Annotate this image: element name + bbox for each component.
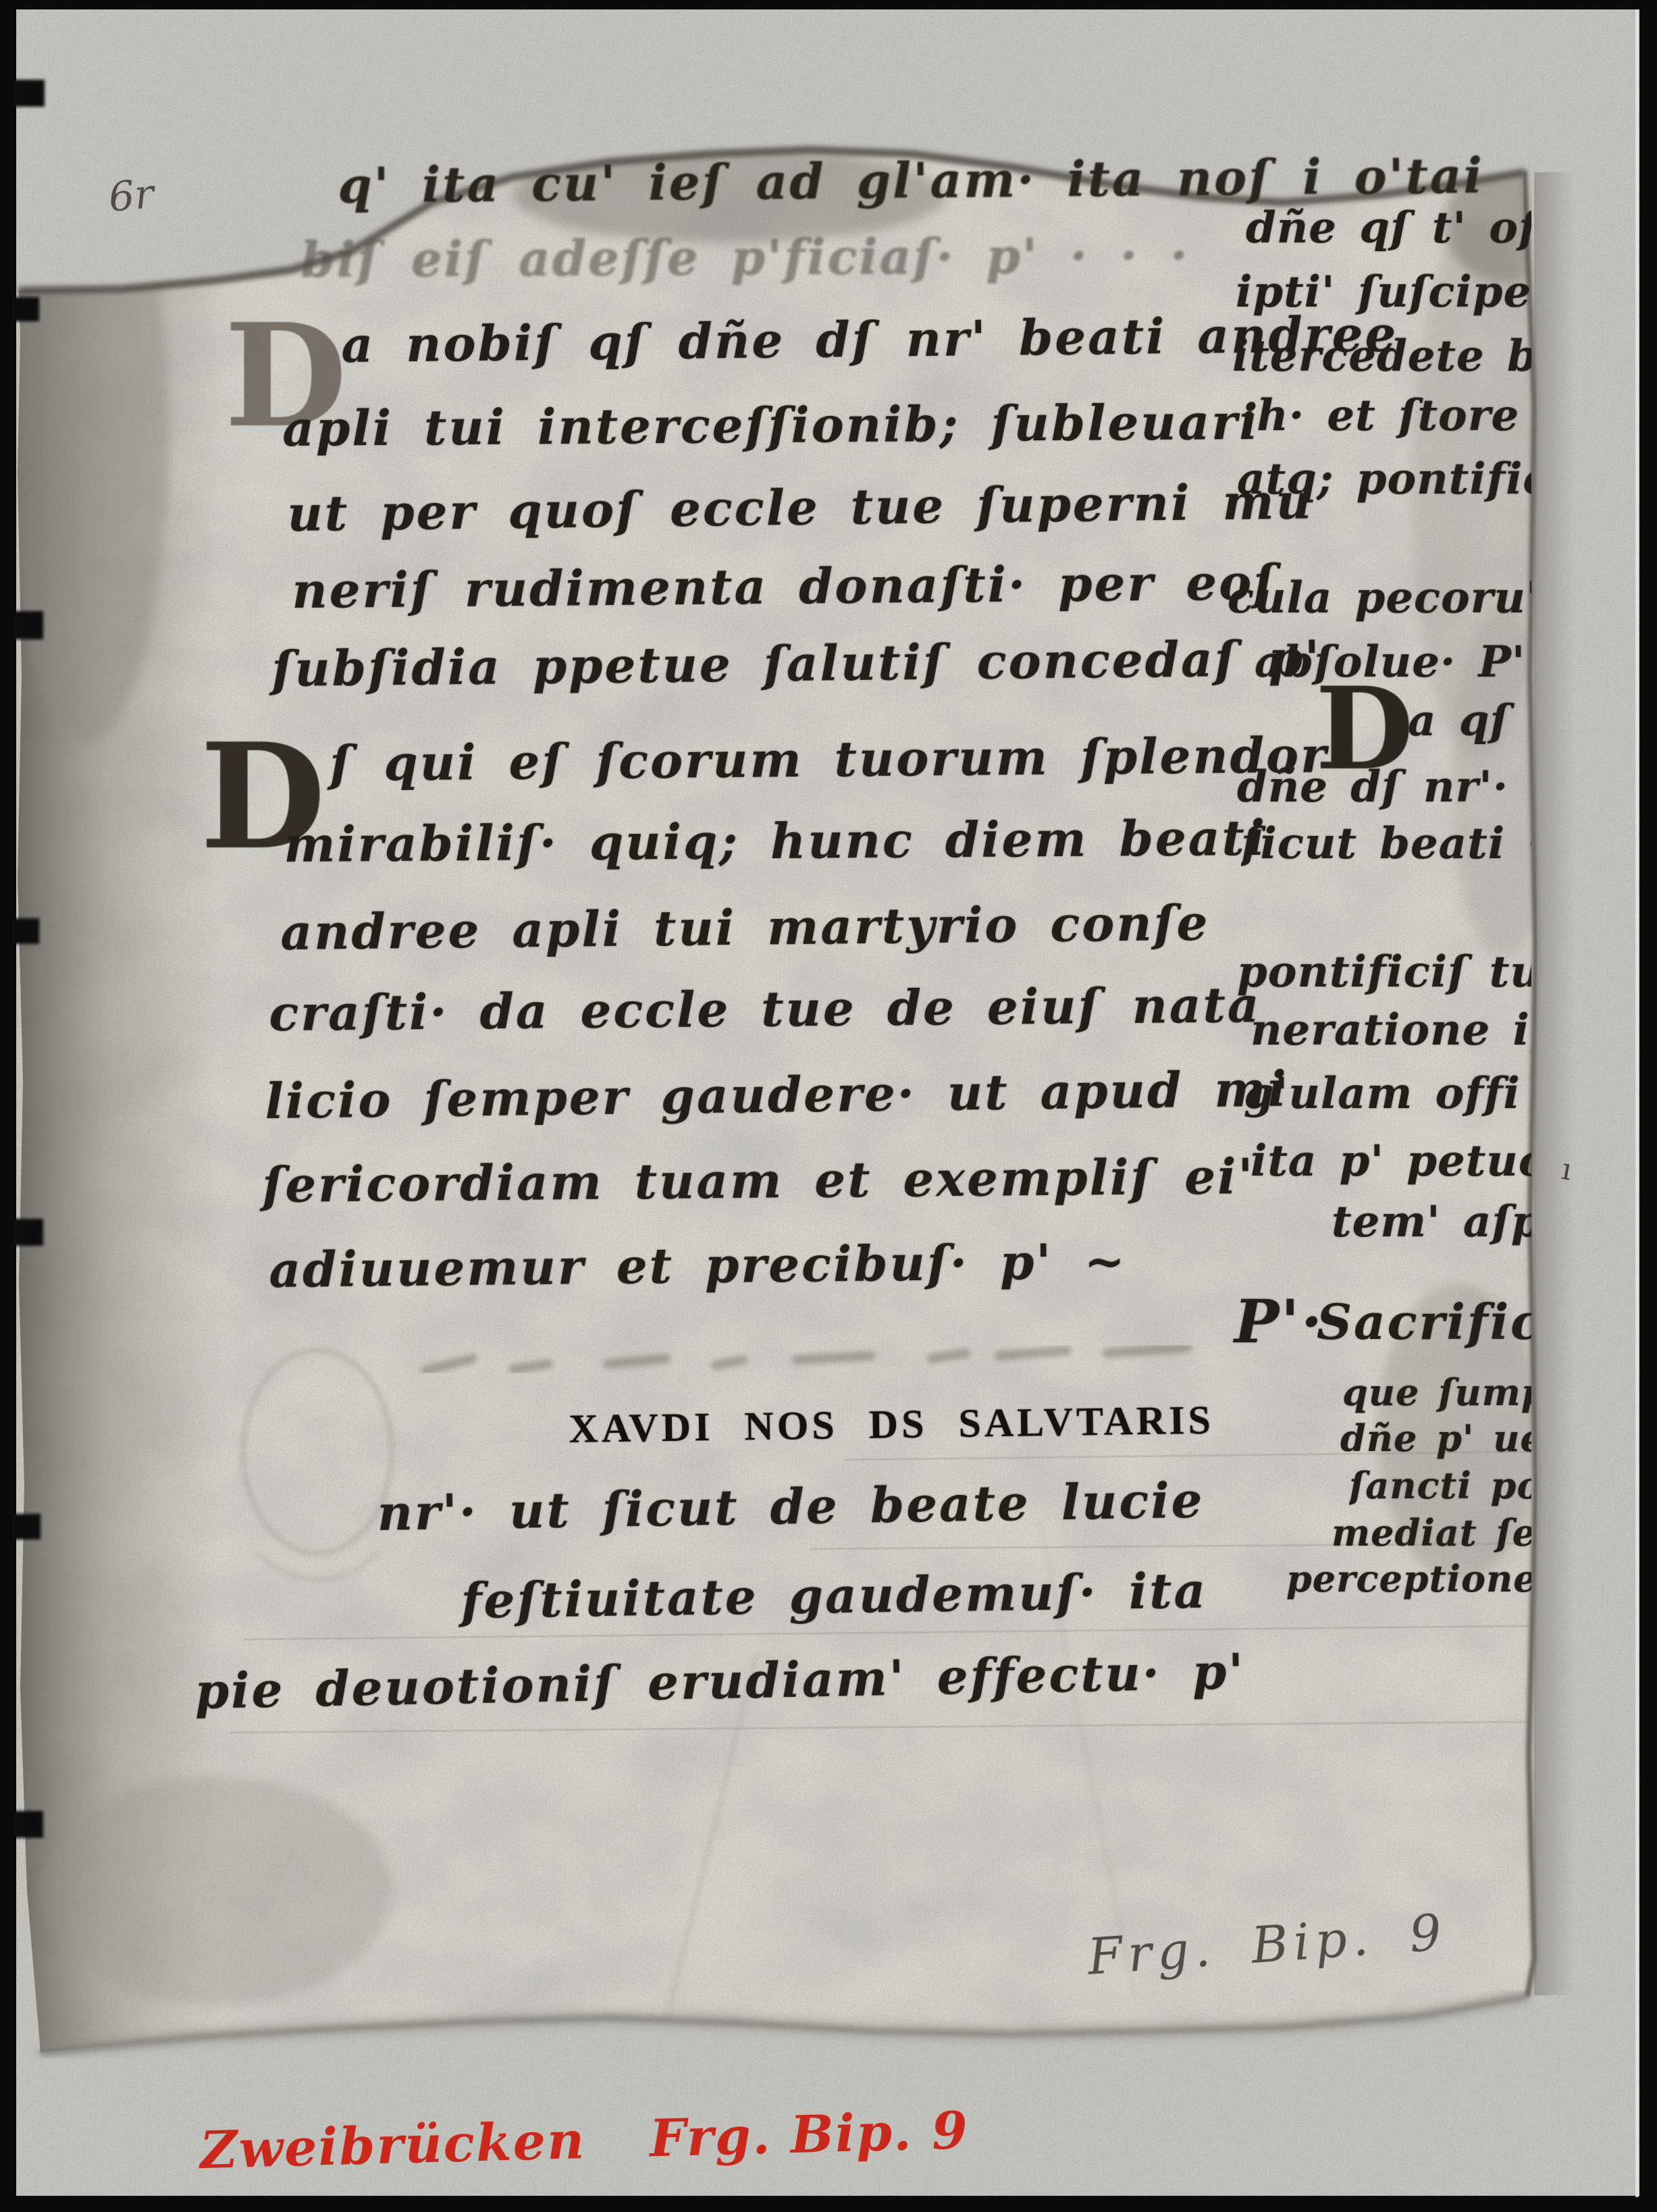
manuscript-line: ſubſidia ppetue ſalutiſ concedaſ p' bbox=[271, 629, 1321, 697]
manuscript-line: ſericordiam tuam et exempliſ ei' bbox=[262, 1147, 1255, 1213]
manuscript-line: licio ſemper gaudere· ut apud mi bbox=[265, 1059, 1288, 1130]
manuscript-line: biſ eiſ adeſſe p'ficiaſ· p' · · · bbox=[300, 226, 1189, 288]
margin-column-line: ſancti pontific bbox=[1349, 1464, 1531, 1507]
manuscript-line: mirabiliſ· quiq; hunc diem beati bbox=[284, 809, 1267, 873]
margin-column-line: ipti' ſuſcipe· e bbox=[1236, 267, 1531, 317]
manuscript-photograph: 6r q' ita cu' ieſ ad gl'am· ita noſ i o'… bbox=[0, 0, 1657, 2212]
manuscript-line: craſti· da eccle tue de eiuſ nata bbox=[269, 976, 1261, 1042]
red-label-location: Zweibrücken bbox=[199, 2110, 586, 2180]
margin-column-line: pontificiſ tui i bbox=[1237, 947, 1531, 997]
manuscript-line: feſtiuitate gaudemuſ· ita bbox=[461, 1562, 1208, 1629]
margin-column-line: ·h· et ſtore cui bbox=[1241, 390, 1531, 441]
margin-column-line: ita p' petuo b bbox=[1251, 1136, 1531, 1186]
margin-column-line: itercedete beat bbox=[1232, 331, 1531, 381]
margin-column-line: a qſ bbox=[1408, 695, 1531, 746]
display-capitals-line: XAVDI NOS DS SALVTARIS bbox=[569, 1397, 1214, 1452]
manuscript-line: adiuuemur et precibuſ· p' ~ bbox=[269, 1232, 1127, 1298]
postcommunio-mark: P'· bbox=[1234, 1286, 1324, 1357]
manuscript-line: nr'· ut ſicut de beate lucie bbox=[377, 1471, 1205, 1542]
margin-column-line: ſicut beati ·b bbox=[1241, 818, 1531, 869]
red-ink-label: ZweibrückenFrg. Bip. 9 bbox=[199, 2100, 970, 2180]
manuscript-line: andree apli tui martyrio conſe bbox=[280, 894, 1210, 961]
margin-column-line: dñe qſ t' offeri bbox=[1246, 203, 1531, 253]
manuscript-line: ut per quoſ eccle tue ſuperni mu bbox=[287, 472, 1313, 542]
margin-column-line: dñe dſ nr'· ut bbox=[1237, 762, 1531, 812]
manuscript-line: pie deuotioniſ erudiam' effectu· p' bbox=[194, 1642, 1246, 1720]
text-layer: 6r q' ita cu' ieſ ad gl'am· ita noſ i o'… bbox=[0, 0, 1657, 2212]
red-label-shelfmark: Frg. Bip. 9 bbox=[649, 2100, 970, 2168]
manuscript-line: apli tui interceſſionib; ſubleuari bbox=[282, 393, 1260, 457]
margin-column-line: dñe p' uenera bbox=[1340, 1417, 1531, 1460]
manuscript-line: ſ qui eſ ſcorum tuorum ſplendor bbox=[330, 726, 1328, 792]
margin-column-line: g'ulam offi bbox=[1244, 1068, 1531, 1119]
margin-column-line: atq; pontifice bbox=[1237, 454, 1531, 504]
margin-tick-mark: ı bbox=[1559, 1152, 1575, 1188]
manuscript-line: neriſ rudimenta donaſti· per eoſ bbox=[292, 553, 1276, 619]
margin-column-line: perceptione ea° bbox=[1286, 1557, 1531, 1600]
margin-column-line: mediat ſempit bbox=[1332, 1511, 1531, 1554]
margin-column-line: que ſumpſim bbox=[1342, 1371, 1531, 1414]
margin-column-line: tem' aſpe bbox=[1332, 1196, 1531, 1247]
folio-number: 6r bbox=[107, 170, 156, 221]
margin-column-line: Sacrificia bbox=[1317, 1293, 1531, 1350]
pencil-shelfmark: Frg. Bip. 9 bbox=[1086, 1903, 1448, 1986]
margin-column-line: cula pecoru'q; bbox=[1228, 573, 1531, 623]
margin-column-line: neratione ip' bbox=[1251, 1005, 1531, 1055]
